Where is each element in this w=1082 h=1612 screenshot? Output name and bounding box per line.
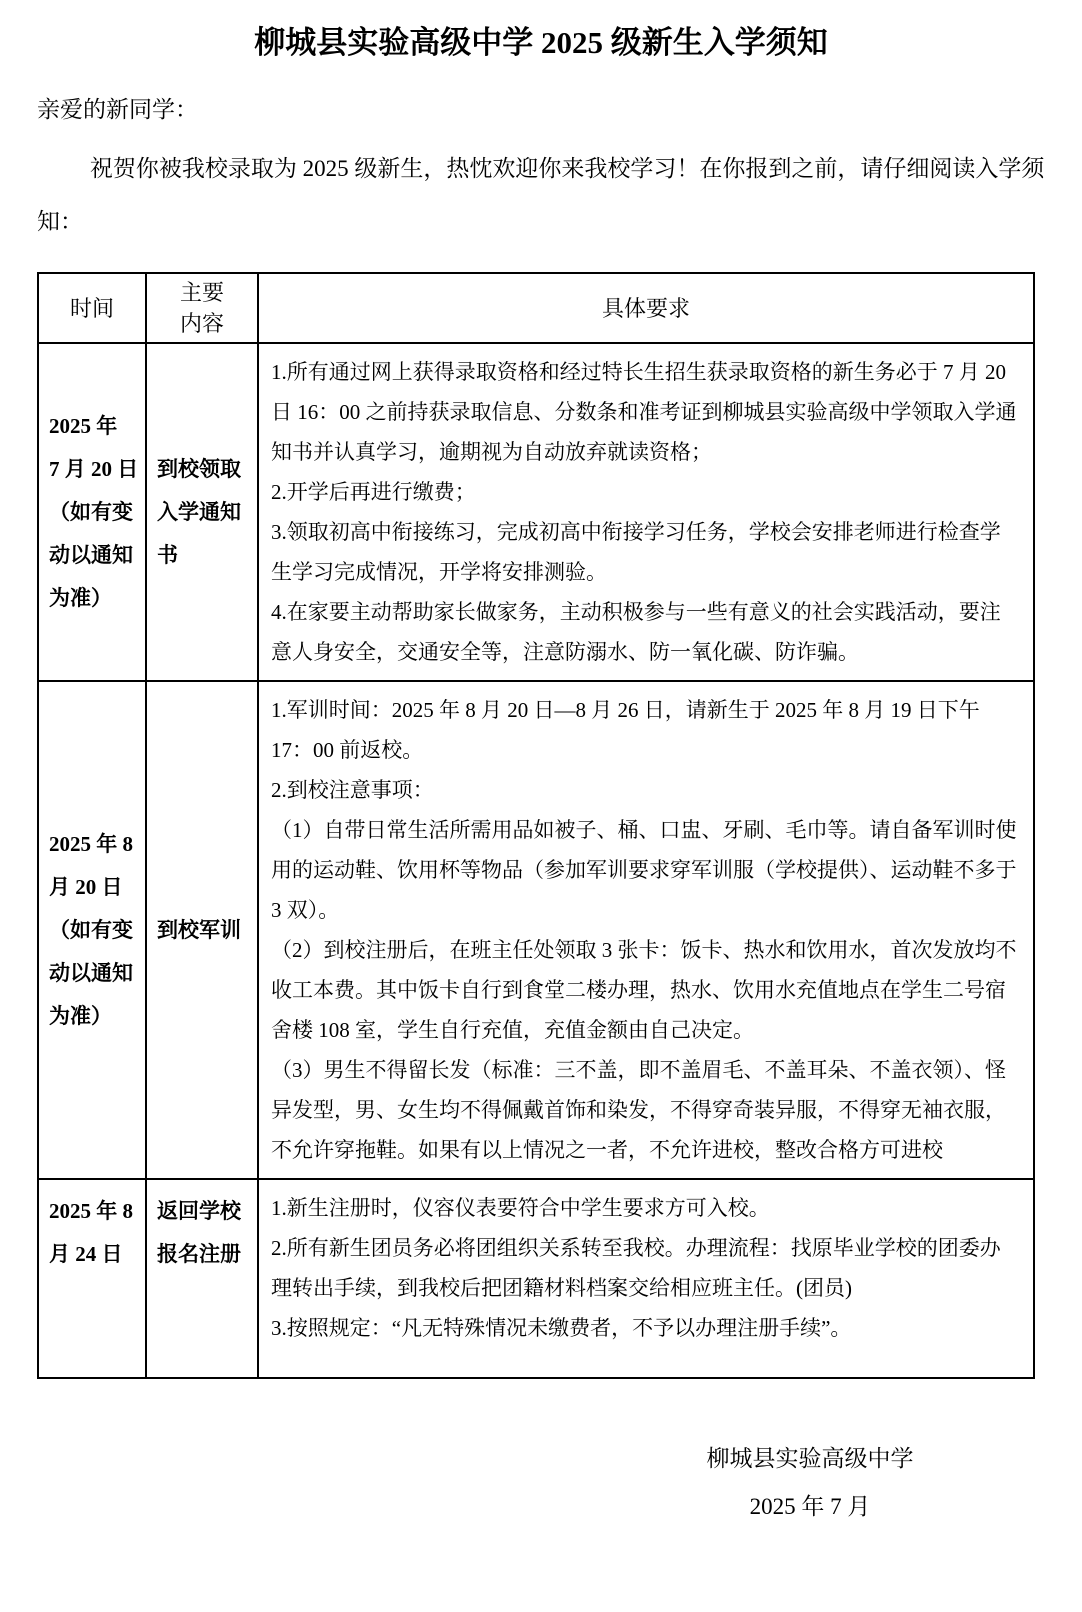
header-main-content: 主要 内容 — [146, 273, 258, 343]
requirement-item: （2）到校注册后，在班主任处领取 3 张卡：饭卡、热水和饮用水，首次发放均不收工… — [271, 930, 1019, 1050]
requirement-item: 2.到校注意事项： — [271, 770, 1019, 810]
time-cell: 2025 年 8 月 24 日 — [38, 1179, 146, 1378]
doc-title: 柳城县实验高级中学 2025 级新生入学须知 — [37, 20, 1045, 64]
requirement-item: （1）自带日常生活所需用品如被子、桶、口盅、牙刷、毛巾等。请自备军训时使用的运动… — [271, 810, 1019, 930]
salutation: 亲爱的新同学： — [37, 94, 1045, 126]
table-row-military-training: 2025 年 8 月 20 日 （如有变 动以通知 为准） 到校军训 1.军训时… — [38, 681, 1034, 1179]
requirement-item: 4.在家要主动帮助家长做家务，主动积极参与一些有意义的社会实践活动，要注意人身安… — [271, 592, 1019, 672]
signature-block: 柳城县实验高级中学 2025 年 7 月 — [575, 1435, 1045, 1531]
signature-date: 2025 年 7 月 — [575, 1483, 1045, 1531]
requirement-item: 2.所有新生团员务必将团组织关系转至我校。办理流程：找原毕业学校的团委办理转出手… — [271, 1228, 1019, 1308]
table-header-row: 时间 主要 内容 具体要求 — [38, 273, 1034, 343]
requirement-item: 2.开学后再进行缴费； — [271, 472, 1019, 512]
requirement-item: 3.领取初高中衔接练习，完成初高中衔接学习任务，学校会安排老师进行检查学生学习完… — [271, 512, 1019, 592]
intro-paragraph: 祝贺你被我校录取为 2025 级新生，热忱欢迎你来我校学习！在你报到之前，请仔细… — [37, 142, 1045, 248]
requirements-cell: 1.军训时间：2025 年 8 月 20 日—8 月 26 日，请新生于 202… — [258, 681, 1034, 1179]
page: 柳城县实验高级中学 2025 级新生入学须知 亲爱的新同学： 祝贺你被我校录取为… — [0, 0, 1082, 1591]
requirement-item: 1.新生注册时，仪容仪表要符合中学生要求方可入校。 — [271, 1188, 1019, 1228]
requirement-item: 1.所有通过网上获得录取资格和经过特长生招生获录取资格的新生务必于 7 月 20… — [271, 352, 1019, 472]
time-cell: 2025 年 8 月 20 日 （如有变 动以通知 为准） — [38, 681, 146, 1179]
time-cell: 2025 年 7 月 20 日 （如有变 动以通知 为准） — [38, 343, 146, 681]
requirements-cell: 1.新生注册时，仪容仪表要符合中学生要求方可入校。 2.所有新生团员务必将团组织… — [258, 1179, 1034, 1378]
signature-school: 柳城县实验高级中学 — [575, 1435, 1045, 1483]
requirements-cell: 1.所有通过网上获得录取资格和经过特长生招生获录取资格的新生务必于 7 月 20… — [258, 343, 1034, 681]
notice-table: 时间 主要 内容 具体要求 2025 年 7 月 20 日 （如有变 动以通知 … — [37, 272, 1035, 1379]
content-cell: 返回学校 报名注册 — [146, 1179, 258, 1378]
content-cell: 到校军训 — [146, 681, 258, 1179]
table-row-notice-pickup: 2025 年 7 月 20 日 （如有变 动以通知 为准） 到校领取 入学通知 … — [38, 343, 1034, 681]
content-cell: 到校领取 入学通知 书 — [146, 343, 258, 681]
table-row-registration: 2025 年 8 月 24 日 返回学校 报名注册 1.新生注册时，仪容仪表要符… — [38, 1179, 1034, 1378]
requirement-item: 3.按照规定：“凡无特殊情况未缴费者，不予以办理注册手续”。 — [271, 1308, 1019, 1348]
requirement-item: 1.军训时间：2025 年 8 月 20 日—8 月 26 日，请新生于 202… — [271, 690, 1019, 770]
header-time: 时间 — [38, 273, 146, 343]
requirement-item: （3）男生不得留长发（标准：三不盖，即不盖眉毛、不盖耳朵、不盖衣领）、怪异发型，… — [271, 1050, 1019, 1170]
header-requirements: 具体要求 — [258, 273, 1034, 343]
